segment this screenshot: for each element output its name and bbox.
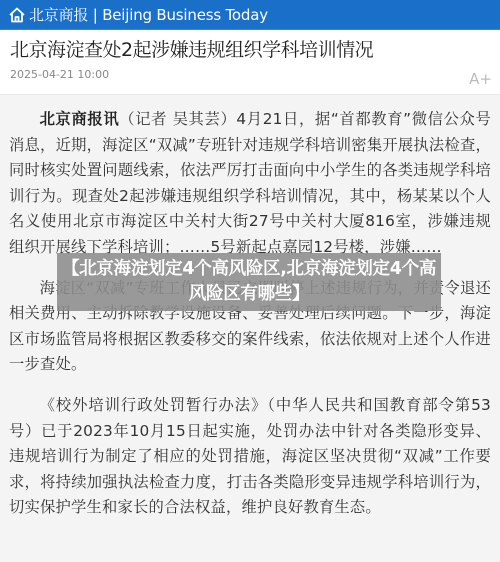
article-paragraph: 《校外培训行政处罚暂行办法》（中华人民共和国教育部令第53号）已于2023年10… [9,393,491,521]
home-icon[interactable] [8,6,26,24]
article-paragraph: 北京商报讯（记者 吴其芸）4月21日，据“首都教育”微信公众号消息，近期，海淀区… [9,107,491,261]
font-size-button[interactable]: A+ [469,70,492,88]
article-title: 北京海淀查处2起涉嫌违规组织学科培训情况 [10,38,490,62]
site-brand[interactable]: 北京商报 | Beijing Business Today [29,4,268,25]
site-header: 北京商报 | Beijing Business Today [0,0,500,30]
article-date: 2025-04-21 10:00 [10,68,490,81]
article-lead: 北京商报讯 [40,110,120,128]
article-header: 北京海淀查处2起涉嫌违规组织学科培训情况 2025-04-21 10:00 A+ [0,30,500,95]
headline-overlay: 【北京海淀划定4个高风险区,北京海淀划定4个高风险区有哪些】 [57,253,441,311]
